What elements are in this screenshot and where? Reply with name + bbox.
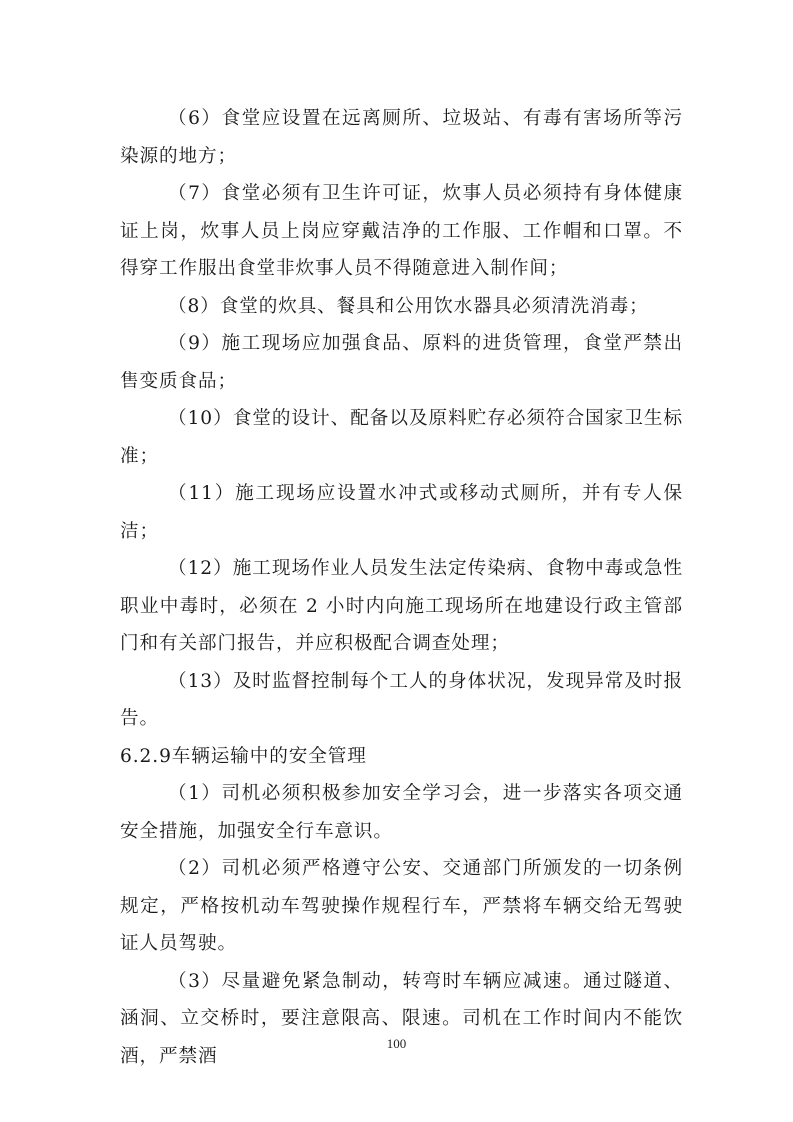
paragraph-item-9: （9）施工现场应加强食品、原料的进货管理，食堂严禁出售变质食品； (120, 325, 683, 400)
paragraph-item-13: （13）及时监督控制每个工人的身体状况，发现异常及时报告。 (120, 663, 683, 738)
paragraph-item-11: （11）施工现场应设置水冲式或移动式厕所，并有专人保洁； (120, 475, 683, 550)
paragraph-vehicle-3: （3）尽量避免紧急制动，转弯时车辆应减速。通过隧道、涵洞、立交桥时，要注意限高、… (120, 963, 683, 1076)
section-heading: 6.2.9车辆运输中的安全管理 (120, 738, 683, 776)
paragraph-item-7: （7）食堂必须有卫生许可证，炊事人员必须持有身体健康证上岗，炊事人员上岗应穿戴洁… (120, 175, 683, 288)
paragraph-item-12: （12）施工现场作业人员发生法定传染病、食物中毒或急性职业中毒时，必须在 2 小… (120, 550, 683, 663)
paragraph-vehicle-2: （2）司机必须严格遵守公安、交通部门所颁发的一切条例规定，严格按机动车驾驶操作规… (120, 850, 683, 963)
paragraph-item-6: （6）食堂应设置在远离厕所、垃圾站、有毒有害场所等污染源的地方； (120, 100, 683, 175)
document-body: （6）食堂应设置在远离厕所、垃圾站、有毒有害场所等污染源的地方； （7）食堂必须… (120, 100, 683, 1075)
page-number: 100 (0, 1036, 793, 1052)
paragraph-item-10: （10）食堂的设计、配备以及原料贮存必须符合国家卫生标准； (120, 400, 683, 475)
paragraph-item-8: （8）食堂的炊具、餐具和公用饮水器具必须清洗消毒； (120, 288, 683, 326)
paragraph-vehicle-1: （1）司机必须积极参加安全学习会，进一步落实各项交通安全措施，加强安全行车意识。 (120, 775, 683, 850)
